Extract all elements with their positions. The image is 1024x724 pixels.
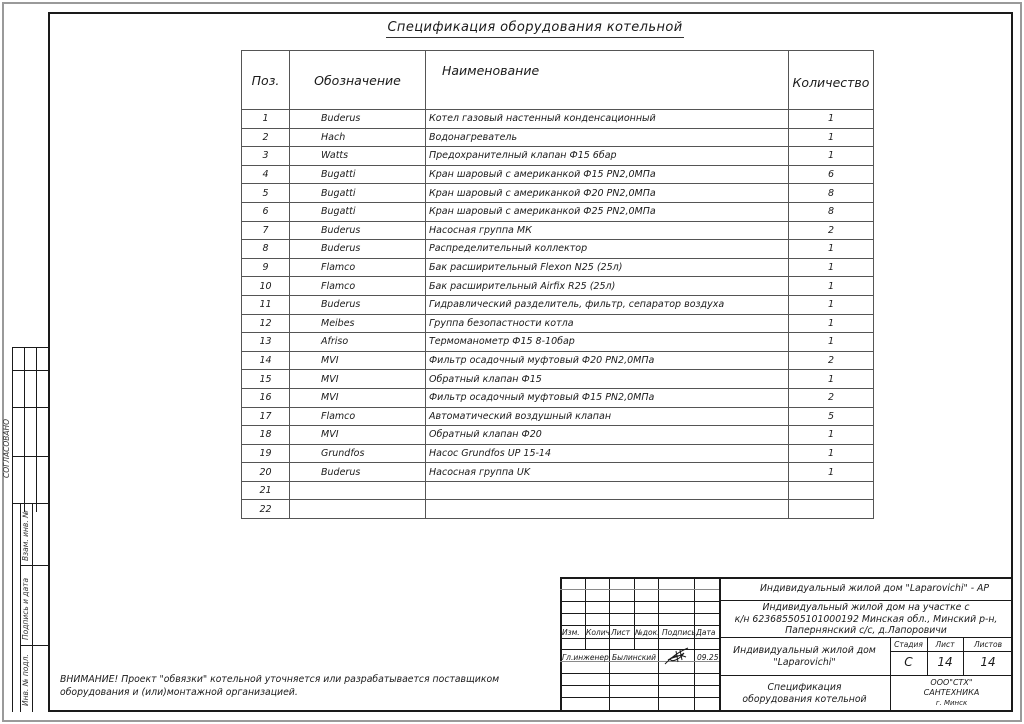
cell-quantity: 1 — [789, 258, 874, 277]
header-name: Наименование — [426, 51, 789, 110]
cell-name: Фильтр осадочный муфтовый Ф15 PN2,0МПа — [426, 388, 789, 407]
replaced-inv-label: Взам. инв. № — [21, 510, 30, 561]
cell-pos: 16 — [242, 388, 290, 407]
cell-name: Насосная группа МК — [426, 221, 789, 240]
document-title: Спецификация оборудования котельной — [240, 20, 830, 35]
cell-name: Насос Grundfos UP 15-14 — [426, 444, 789, 463]
warning-note-line2: оборудования и (или)монтажной организаци… — [60, 686, 499, 699]
cell-designation: Buderus — [290, 463, 426, 482]
cell-designation: MVI — [290, 351, 426, 370]
table-row: 6BugattiКран шаровый с американкой Ф25 P… — [242, 202, 874, 221]
cell-quantity: 1 — [789, 333, 874, 352]
object-name-line1: Индивидуальный жилой дом — [719, 645, 890, 657]
table-row: 7BuderusНасосная группа МК2 — [242, 221, 874, 240]
cell-quantity: 5 — [789, 407, 874, 426]
cell-quantity: 6 — [789, 165, 874, 184]
cell-designation — [290, 500, 426, 519]
cell-pos: 6 — [242, 202, 290, 221]
stage-label: Стадия — [890, 640, 927, 649]
cell-quantity — [789, 500, 874, 519]
cell-designation — [290, 481, 426, 500]
cell-quantity: 1 — [789, 463, 874, 482]
cell-designation: Meibes — [290, 314, 426, 333]
cell-name: Автоматический воздушный клапан — [426, 407, 789, 426]
tb-change-label: Изм. — [562, 628, 580, 637]
cell-name: Бак расширительный Flexon N25 (25л) — [426, 258, 789, 277]
table-row: 3WattsПредохранителный клапан Ф15 6бар1 — [242, 147, 874, 166]
cell-pos: 20 — [242, 463, 290, 482]
table-row: 13AfrisoТермоманометр Ф15 8-10бар1 — [242, 333, 874, 352]
stage-value: С — [890, 655, 927, 669]
cell-name — [426, 481, 789, 500]
cell-name: Термоманометр Ф15 8-10бар — [426, 333, 789, 352]
sheet-value: 14 — [927, 655, 963, 669]
cell-pos: 4 — [242, 165, 290, 184]
cell-name: Группа безопастности котла — [426, 314, 789, 333]
drawing-title: Спецификация оборудования котельной — [719, 682, 890, 706]
signature-date-label: Подпись и дата — [21, 578, 30, 640]
cell-designation: Buderus — [290, 110, 426, 129]
table-row: 10FlamcoБак расширительный Airfix R25 (2… — [242, 277, 874, 296]
table-row: 18MVIОбратный клапан Ф201 — [242, 426, 874, 445]
cell-pos: 14 — [242, 351, 290, 370]
cell-pos: 2 — [242, 128, 290, 147]
cell-quantity: 1 — [789, 370, 874, 389]
cell-quantity: 1 — [789, 426, 874, 445]
table-row: 15MVIОбратный клапан Ф151 — [242, 370, 874, 389]
table-row: 1BuderusКотел газовый настенный конденса… — [242, 110, 874, 129]
cell-quantity: 1 — [789, 295, 874, 314]
signer-date: 09.25 — [697, 653, 718, 662]
cell-pos: 7 — [242, 221, 290, 240]
cell-quantity: 8 — [789, 202, 874, 221]
sheet-label: Лист — [927, 640, 963, 649]
company-block: ООО"СТХ" САНТЕХНИКА г. Минск — [890, 678, 1013, 708]
cell-pos: 13 — [242, 333, 290, 352]
signer-role: Гл.инженер — [562, 653, 609, 662]
company-line1: ООО"СТХ" — [890, 678, 1013, 688]
cell-quantity: 2 — [789, 351, 874, 370]
cell-quantity — [789, 481, 874, 500]
cell-name: Обратный клапан Ф15 — [426, 370, 789, 389]
drawing-title-line2: оборудования котельной — [719, 694, 890, 706]
cell-designation: MVI — [290, 370, 426, 389]
cell-quantity: 1 — [789, 444, 874, 463]
cell-name: Кран шаровый с американкой Ф25 PN2,0МПа — [426, 202, 789, 221]
cell-designation: MVI — [290, 388, 426, 407]
cell-designation: Bugatti — [290, 184, 426, 203]
cell-pos: 21 — [242, 481, 290, 500]
cell-pos: 18 — [242, 426, 290, 445]
company-city: г. Минск — [890, 698, 1013, 708]
cell-name: Кран шаровый с американкой Ф20 PN2,0МПа — [426, 184, 789, 203]
cell-designation: Grundfos — [290, 444, 426, 463]
tb-signature-label: Подпись — [662, 628, 696, 637]
cell-pos: 9 — [242, 258, 290, 277]
project-code: Индивидуальный жилой дом "Laparovichi" -… — [721, 583, 1011, 594]
object-address: Индивидуальный жилой дом на участке с к/… — [719, 602, 1013, 637]
cell-designation: Buderus — [290, 295, 426, 314]
object-name-line2: "Laparovichi" — [719, 657, 890, 669]
cell-name: Предохранителный клапан Ф15 6бар — [426, 147, 789, 166]
cell-quantity: 1 — [789, 110, 874, 129]
address-line1: Индивидуальный жилой дом на участке с — [719, 602, 1013, 614]
table-header-row: Поз. Обозначение Наименование Количество — [242, 51, 874, 110]
cell-designation: Buderus — [290, 240, 426, 259]
warning-note-line1: ВНИМАНИЕ! Проект "обвязки" котельной уто… — [60, 673, 499, 686]
sheets-value: 14 — [963, 655, 1013, 669]
cell-designation: Bugatti — [290, 202, 426, 221]
cell-designation: Flamco — [290, 407, 426, 426]
tb-docno-label: №док. — [635, 628, 660, 637]
cell-quantity: 1 — [789, 314, 874, 333]
table-row: 17FlamcoАвтоматический воздушный клапан5 — [242, 407, 874, 426]
cell-name: Фильтр осадочный муфтовый Ф20 PN2,0МПа — [426, 351, 789, 370]
cell-name: Водонагреватель — [426, 128, 789, 147]
cell-quantity: 1 — [789, 147, 874, 166]
header-designation: Обозначение — [290, 51, 426, 110]
table-row: 20BuderusНасосная группа UK1 — [242, 463, 874, 482]
tb-date-label: Дата — [696, 628, 715, 637]
table-row: 12MeibesГруппа безопастности котла1 — [242, 314, 874, 333]
table-row: 11BuderusГидравлический разделитель, фил… — [242, 295, 874, 314]
table-body: 1BuderusКотел газовый настенный конденса… — [242, 110, 874, 519]
cell-pos: 8 — [242, 240, 290, 259]
cell-pos: 3 — [242, 147, 290, 166]
header-quantity: Количество — [789, 51, 874, 110]
tb-sheet-col-label: Лист — [611, 628, 630, 637]
signer-name: Былинский — [612, 653, 656, 662]
table-row: 5BugattiКран шаровый с американкой Ф20 P… — [242, 184, 874, 203]
cell-designation: MVI — [290, 426, 426, 445]
table-row: 19GrundfosНасос Grundfos UP 15-141 — [242, 444, 874, 463]
object-name: Индивидуальный жилой дом "Laparovichi" — [719, 645, 890, 669]
cell-name: Насосная группа UK — [426, 463, 789, 482]
table-row: 8BuderusРаспределительный коллектор1 — [242, 240, 874, 259]
cell-name: Обратный клапан Ф20 — [426, 426, 789, 445]
cell-quantity: 1 — [789, 277, 874, 296]
cell-pos: 5 — [242, 184, 290, 203]
sheets-label: Листов — [963, 640, 1013, 649]
cell-name: Распределительный коллектор — [426, 240, 789, 259]
inv-original-label: Инв. № подл. — [21, 654, 30, 706]
specification-table: Поз. Обозначение Наименование Количество… — [241, 50, 874, 519]
table-row: 14MVIФильтр осадочный муфтовый Ф20 PN2,0… — [242, 351, 874, 370]
cell-quantity: 8 — [789, 184, 874, 203]
cell-name — [426, 500, 789, 519]
cell-pos: 10 — [242, 277, 290, 296]
cell-quantity: 2 — [789, 221, 874, 240]
cell-designation: Hach — [290, 128, 426, 147]
document-title-text: Спецификация оборудования котельной — [386, 20, 683, 38]
cell-designation: Watts — [290, 147, 426, 166]
cell-quantity: 2 — [789, 388, 874, 407]
cell-designation: Bugatti — [290, 165, 426, 184]
cell-pos: 22 — [242, 500, 290, 519]
cell-name: Бак расширительный Airfix R25 (25л) — [426, 277, 789, 296]
table-row: 4BugattiКран шаровый с американкой Ф15 P… — [242, 165, 874, 184]
cell-designation: Flamco — [290, 277, 426, 296]
table-row: 9FlamcoБак расширительный Flexon N25 (25… — [242, 258, 874, 277]
cell-designation: Afriso — [290, 333, 426, 352]
cell-pos: 1 — [242, 110, 290, 129]
signature-scribble-icon — [662, 645, 692, 667]
cell-quantity: 1 — [789, 240, 874, 259]
cell-pos: 19 — [242, 444, 290, 463]
cell-name: Кран шаровый с американкой Ф15 PN2,0МПа — [426, 165, 789, 184]
cell-pos: 12 — [242, 314, 290, 333]
tb-count-label: Колич — [586, 628, 610, 637]
cell-quantity: 1 — [789, 128, 874, 147]
cell-pos: 17 — [242, 407, 290, 426]
cell-pos: 11 — [242, 295, 290, 314]
warning-note: ВНИМАНИЕ! Проект "обвязки" котельной уто… — [60, 673, 499, 699]
address-line2: к/н 623685505101000192 Минская обл., Мин… — [719, 614, 1013, 626]
address-line3: Папернянский с/с, д.Лапоровичи — [719, 625, 1013, 637]
table-row: 22 — [242, 500, 874, 519]
drawing-title-line1: Спецификация — [719, 682, 890, 694]
cell-name: Гидравлический разделитель, фильтр, сепа… — [426, 295, 789, 314]
cell-designation: Flamco — [290, 258, 426, 277]
cell-designation: Buderus — [290, 221, 426, 240]
approved-label: СОГЛАСОВАНО — [2, 419, 11, 478]
company-line2: САНТЕХНИКА — [890, 688, 1013, 698]
table-row: 2HachВодонагреватель1 — [242, 128, 874, 147]
table-row: 16MVIФильтр осадочный муфтовый Ф15 PN2,0… — [242, 388, 874, 407]
header-pos: Поз. — [242, 51, 290, 110]
cell-pos: 15 — [242, 370, 290, 389]
table-row: 21 — [242, 481, 874, 500]
cell-name: Котел газовый настенный конденсационный — [426, 110, 789, 129]
